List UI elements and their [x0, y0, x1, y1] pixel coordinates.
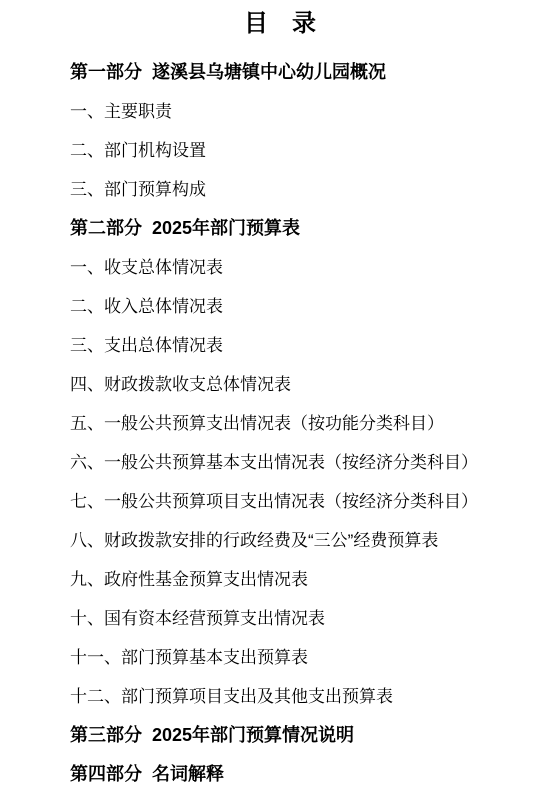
toc-section-heading: 第四部分 名词解释	[70, 753, 514, 792]
toc-item: 十一、部门预算基本支出预算表	[70, 636, 514, 675]
toc-section-heading: 第二部分 2025年部门预算表	[70, 207, 514, 246]
toc-item: 二、收入总体情况表	[70, 285, 514, 324]
toc-item: 七、一般公共预算项目支出情况表（按经济分类科目）	[70, 480, 514, 519]
toc-item: 三、支出总体情况表	[70, 324, 514, 363]
toc-item: 五、一般公共预算支出情况表（按功能分类科目）	[70, 402, 514, 441]
toc-item: 十、国有资本经营预算支出情况表	[70, 597, 514, 636]
toc-item: 一、收支总体情况表	[70, 246, 514, 285]
toc-item: 二、部门机构设置	[70, 129, 514, 168]
toc-item: 三、部门预算构成	[70, 168, 514, 207]
toc-item: 九、政府性基金预算支出情况表	[70, 558, 514, 597]
toc-item: 四、财政拨款收支总体情况表	[70, 363, 514, 402]
toc-item: 六、一般公共预算基本支出情况表（按经济分类科目）	[70, 441, 514, 480]
toc-section-heading: 第三部分 2025年部门预算情况说明	[70, 714, 514, 753]
document-page: 目 录 第一部分 遂溪县乌塘镇中心幼儿园概况一、主要职责二、部门机构设置三、部门…	[0, 0, 534, 810]
toc-section-heading: 第一部分 遂溪县乌塘镇中心幼儿园概况	[70, 51, 514, 90]
page-title: 目 录	[70, 0, 490, 36]
toc-item: 一、主要职责	[70, 90, 514, 129]
table-of-contents: 第一部分 遂溪县乌塘镇中心幼儿园概况一、主要职责二、部门机构设置三、部门预算构成…	[70, 51, 514, 792]
toc-item: 八、财政拨款安排的行政经费及“三公”经费预算表	[70, 519, 514, 558]
toc-item: 十二、部门预算项目支出及其他支出预算表	[70, 675, 514, 714]
